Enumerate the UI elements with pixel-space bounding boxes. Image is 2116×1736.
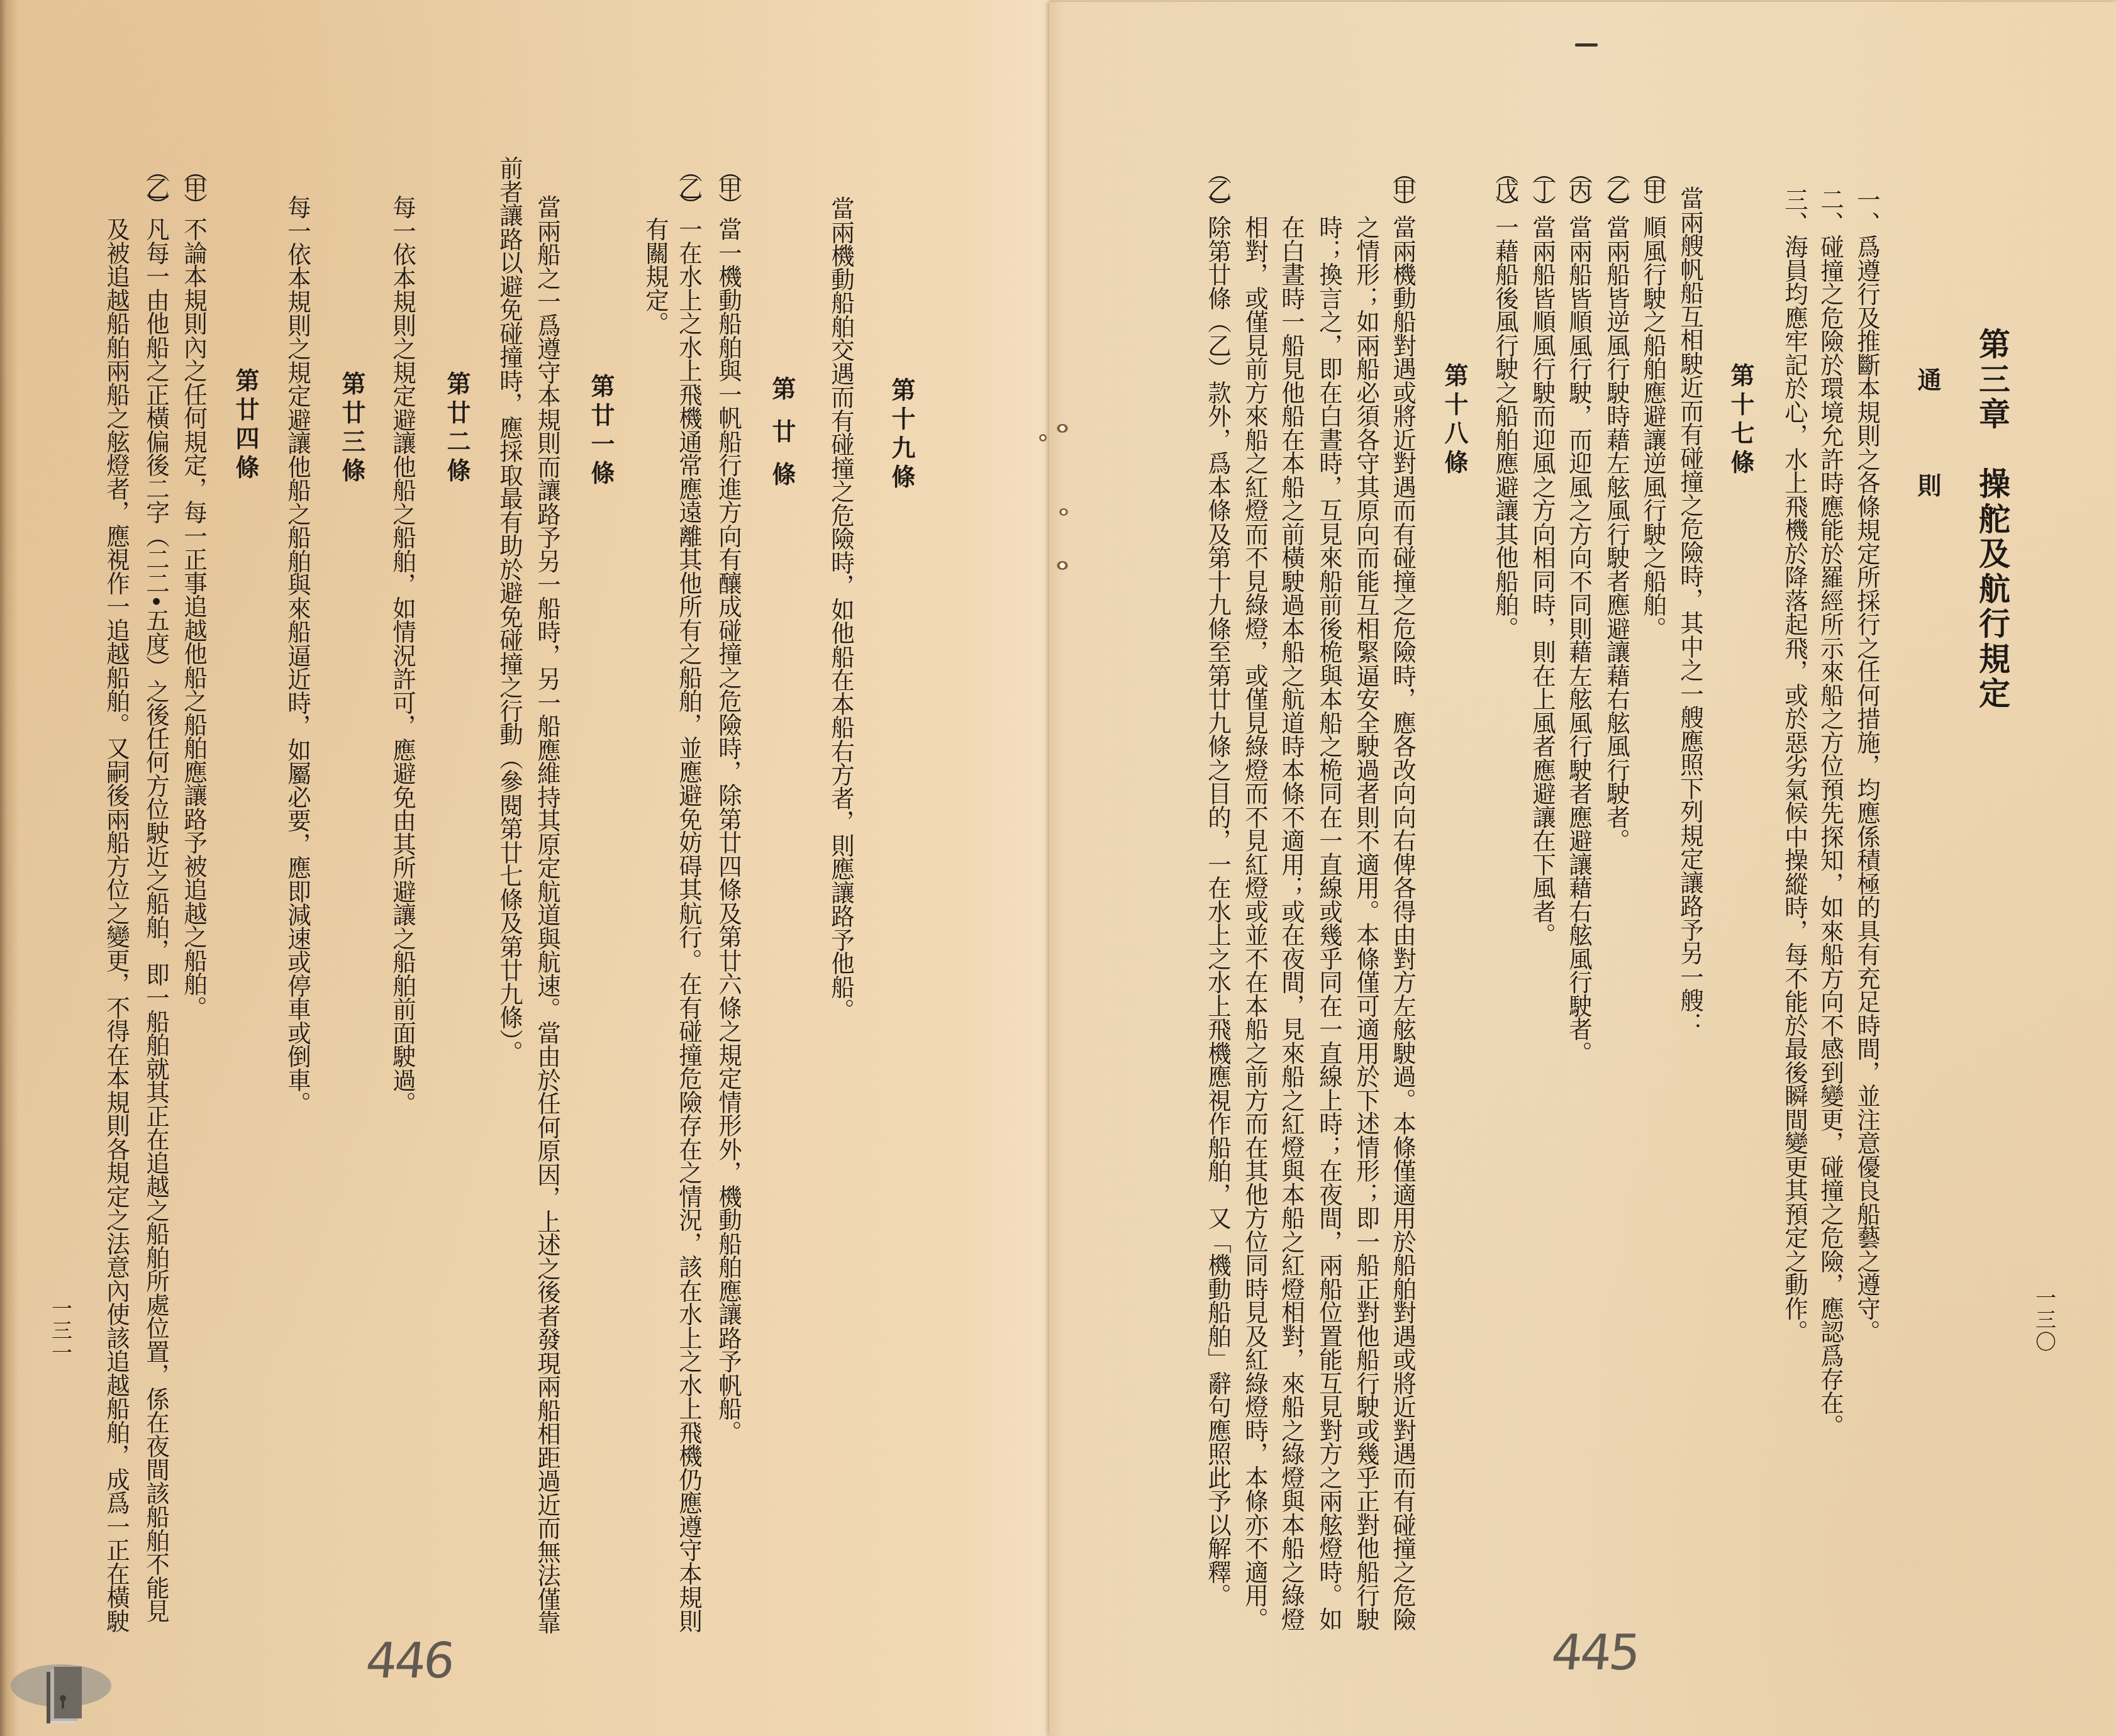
article-20-clause-a-text: 當一機動船舶與一帆船行進方向有釀成碰撞之危險時，除第廿四條及第廿六條之規定情形外…: [716, 217, 741, 1444]
binding-hole: [1039, 434, 1047, 442]
article-17-clause-c-marker: （丙）: [1566, 160, 1591, 213]
chapter-title: 第三章 操舵及航行規定: [1974, 328, 2010, 712]
article-19-text: 當兩機動船舶交遇而有碰撞之危險時，如他船在本船右方者，則應讓路予他船。: [828, 196, 854, 1022]
article-20-heading: 第廿條: [769, 376, 794, 504]
article-18-heading: 第十八條: [1442, 363, 1467, 479]
handwritten-archive-number: 446: [363, 1633, 455, 1689]
section-title: 通則: [1915, 367, 1940, 579]
article-22-heading: 第廿二條: [444, 371, 469, 487]
page-number: 一三〇: [2033, 1287, 2056, 1353]
print-mark: [1575, 43, 1598, 47]
binding-hole: [1059, 508, 1068, 516]
article-17-clause-e-marker: （戊）: [1493, 160, 1518, 213]
article-17-heading: 第十七條: [1728, 363, 1753, 479]
article-17-clause-c-text: 當兩船皆順風行駛，而迎風之方向不同則藉左舷風行駛者應避讓藉右舷風行駛者。: [1566, 215, 1591, 1064]
article-22-text: 每一依本規則之規定避讓他船之船舶，如情況許可，應避免由其所避讓之船舶前面駛過。: [390, 195, 415, 1115]
handwritten-archive-number: 445: [1549, 1625, 1640, 1681]
article-24-clause-b-text-line-1: 凡每一由他船之正橫偏後二字（二二•五度）之後任何方位駛近之船舶，即一船舶就其正在…: [143, 217, 169, 1623]
article-20-clause-b-text-line-1: 一在水上之水上飛機通常應遠離其他所有之船舶，並應避免妨碍其航行。在有碰撞危險存在…: [676, 217, 701, 1632]
article-18-clause-a-marker: （甲）: [1390, 160, 1415, 213]
binding-hole: [1057, 424, 1068, 433]
general-rule-3: 三、海員均應牢記於心，水上飛機於降落起飛，或於惡劣氣候中操縱時，每不能於最後瞬間…: [1782, 187, 1807, 1344]
binding-hole: [1057, 561, 1068, 570]
general-rule-1: 一、爲遵行及推斷本規則之各條規定所採行之任何措施，均應係積極的具有充足時間，並注…: [1854, 187, 1879, 1344]
article-17-clause-d-text: 當兩船皆順風行駛而迎風之方向相同時，則在上風者應避讓在下風者。: [1530, 215, 1555, 947]
article-18-clause-a-line-1: 當兩機動船對遇或將近對遇而有碰撞之危險時，應各改向向右俾各得由對方左舷駛過。本條…: [1390, 215, 1415, 1630]
page-130: 第三章 操舵及航行規定 通則 一、爲遵行及推斷本規則之各條規定所採行之任何措施，…: [1049, 2, 2116, 1736]
article-17-clause-b-text: 當兩船皆逆風行駛時藉左舷風行駛者應避讓藉右舷風行駛者。: [1604, 215, 1629, 852]
article-23-text: 每一依本規則之規定避讓他船之船舶與來船逼近時，如屬必要，應即減速或停車或倒車。: [285, 195, 310, 1115]
article-17-clause-e-text: 一藉船後風行駛之船舶應避讓其他船舶。: [1493, 215, 1518, 640]
article-18-clause-a-line-2: 之情形；如兩船必須各守其原向而能互相緊逼安全駛過者則不適用。本條僅可適用於下述情…: [1354, 215, 1379, 1630]
article-18-clause-a-line-4: 在白晝時一船見他船在本船之前橫駛過本船之航道時本條不適用；或在夜間，見來船之紅燈…: [1279, 215, 1304, 1630]
article-24-clause-a-text: 不論本規則內之任何規定，每一正事追越他船之船舶應讓路予被追越之船舶。: [181, 217, 206, 1019]
article-24-clause-a-marker: （甲）: [181, 159, 206, 211]
page-number: 一三一: [49, 1298, 72, 1364]
article-21-heading: 第廿一條: [588, 374, 613, 489]
article-18-clause-a-line-3: 時；換言之，即在白晝時，互見來船前後桅與本船之桅同在一直線或幾乎同在一直線上時；…: [1317, 215, 1342, 1630]
article-18-clause-a-line-5: 相對，或僅見前方來船之紅燈而不見綠燈，或僅見綠燈而不見紅燈或並不在本船之前方而在…: [1242, 215, 1267, 1630]
article-17-intro: 當兩艘帆船互相駛近而有碰撞之危險時，其中之一艘應照下列規定讓路予另一艘：: [1678, 186, 1703, 1035]
article-17-clause-a-text: 順風行駛之船舶應避讓逆風行駛之船舶。: [1640, 215, 1666, 640]
article-18-clause-b-line-1: 除第廿條（乙）款外，爲本條及第十九條至第廿九條之目的，一在水上之水上飛機應視作船…: [1205, 215, 1230, 1607]
article-19-heading: 第十九條: [889, 377, 914, 493]
article-20-clause-a-marker: （甲）: [716, 159, 741, 211]
archive-logo-icon: [8, 1655, 114, 1731]
article-24-clause-b-marker: （乙）: [143, 159, 169, 211]
article-20-clause-b-text-line-2: 有關規定。: [643, 217, 668, 335]
scanned-book-spread: 第十九條 當兩機動船舶交遇而有碰撞之危險時，如他船在本船右方者，則應讓路予他船。…: [0, 0, 2116, 1736]
article-21-text-line-2: 前者讓路以避免碰撞時，應採取最有助於避免碰撞之行動（參閱第廿七條及第廿九條）。: [497, 156, 522, 1064]
article-18-clause-b-marker: （乙）: [1205, 160, 1230, 213]
article-20-clause-b-marker: （乙）: [676, 159, 701, 211]
article-24-heading: 第廿四條: [233, 368, 258, 484]
article-21-text-line-1: 當兩船之一爲遵守本規則而讓路予另一船時，另一船應維持其原定航道與航速。當由於任何…: [535, 195, 560, 1634]
article-24-clause-b-text-line-2: 及被追越船舶兩船之舷燈者，應視作一追越船舶。又嗣後兩船方位之變更，不得在本規則各…: [104, 217, 129, 1632]
article-17-clause-b-marker: （乙）: [1604, 160, 1629, 213]
page-131: 第十九條 當兩機動船舶交遇而有碰撞之危險時，如他船在本船右方者，則應讓路予他船。…: [0, 0, 1049, 1736]
article-17-clause-d-marker: （丁）: [1530, 160, 1555, 213]
general-rule-2: 二、碰撞之危險於環境允許時應能於羅經所示來船之方位預先探知，如來船方向不感到變更…: [1818, 187, 1843, 1438]
article-23-heading: 第廿三條: [339, 371, 364, 487]
article-17-clause-a-marker: （甲）: [1640, 160, 1666, 213]
